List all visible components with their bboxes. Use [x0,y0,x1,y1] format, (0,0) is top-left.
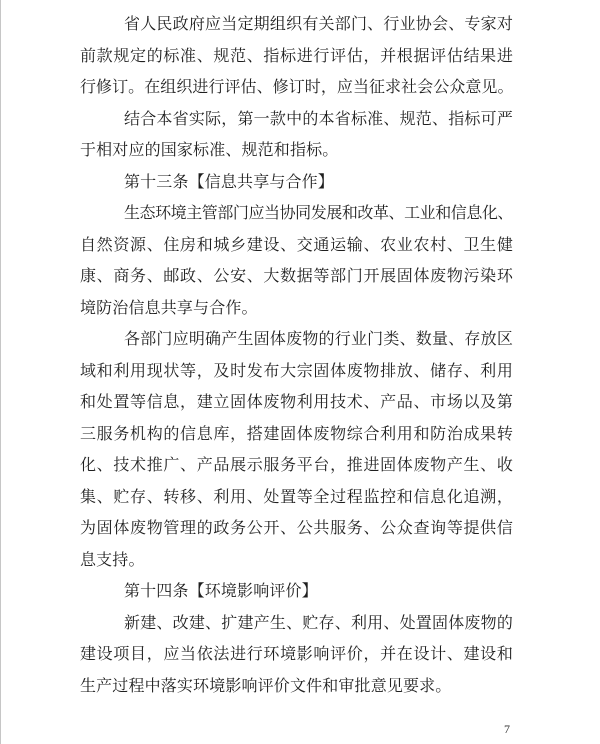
article-heading-line: 第十四条【环境影响评价】 [80,576,513,608]
text-line: 于相对应的国家标准、规范和指标。 [80,135,513,167]
text-line: 建设项目，应当依法进行环境影响评价，并在设计、建设和 [80,639,513,671]
paragraph-info-platform: 各部门应明确产生固体废物的行业门类、数量、存放区 域和利用现状等，及时发布大宗固… [80,324,513,576]
document-page: 省人民政府应当定期组织有关部门、行业协会、专家对 前款规定的标准、规范、指标进行… [0,0,600,744]
article-14-heading: 第十四条【环境影响评价】 [80,576,513,608]
article-13-heading: 第十三条【信息共享与合作】 [80,167,513,199]
text-line: 康、商务、邮政、公安、大数据等部门开展固体废物污染环 [80,261,513,293]
text-line: 自然资源、住房和城乡建设、交通运输、农业农村、卫生健 [80,230,513,262]
text-line: 三服务机构的信息库，搭建固体废物综合利用和防治成果转 [80,419,513,451]
text-line: 集、贮存、转移、利用、处置等全过程监控和信息化追溯， [80,482,513,514]
text-line: 结合本省实际，第一款中的本省标准、规范、指标可严 [80,104,513,136]
text-line: 境防治信息共享与合作。 [80,293,513,325]
text-line: 和处置等信息，建立固体废物利用技术、产品、市场以及第 [80,387,513,419]
text-line: 生态环境主管部门应当协同发展和改革、工业和信息化、 [80,198,513,230]
paragraph-standards-evaluation: 省人民政府应当定期组织有关部门、行业协会、专家对 前款规定的标准、规范、指标进行… [80,9,513,104]
text-line: 化、技术推广、产品展示服务平台，推进固体废物产生、收 [80,450,513,482]
text-line: 前款规定的标准、规范、指标进行评估，并根据评估结果进 [80,41,513,73]
document-body: 省人民政府应当定期组织有关部门、行业协会、专家对 前款规定的标准、规范、指标进行… [80,9,513,702]
text-line: 各部门应明确产生固体废物的行业门类、数量、存放区 [80,324,513,356]
text-line: 新建、改建、扩建产生、贮存、利用、处置固体废物的 [80,608,513,640]
text-line: 行修订。在组织进行评估、修订时，应当征求社会公众意见。 [80,72,513,104]
text-line: 息支持。 [80,545,513,577]
text-line: 生产过程中落实环境影响评价文件和审批意见要求。 [80,671,513,703]
page-number: 7 [500,722,514,736]
paragraph-info-sharing-departments: 生态环境主管部门应当协同发展和改革、工业和信息化、 自然资源、住房和城乡建设、交… [80,198,513,324]
text-line: 为固体废物管理的政务公开、公共服务、公众查询等提供信 [80,513,513,545]
paragraph-provincial-standards: 结合本省实际，第一款中的本省标准、规范、指标可严 于相对应的国家标准、规范和指标… [80,104,513,167]
page-left-edge [0,0,1,744]
text-line: 域和利用现状等，及时发布大宗固体废物排放、储存、利用 [80,356,513,388]
article-heading-line: 第十三条【信息共享与合作】 [80,167,513,199]
paragraph-environmental-impact: 新建、改建、扩建产生、贮存、利用、处置固体废物的 建设项目，应当依法进行环境影响… [80,608,513,703]
text-line: 省人民政府应当定期组织有关部门、行业协会、专家对 [80,9,513,41]
